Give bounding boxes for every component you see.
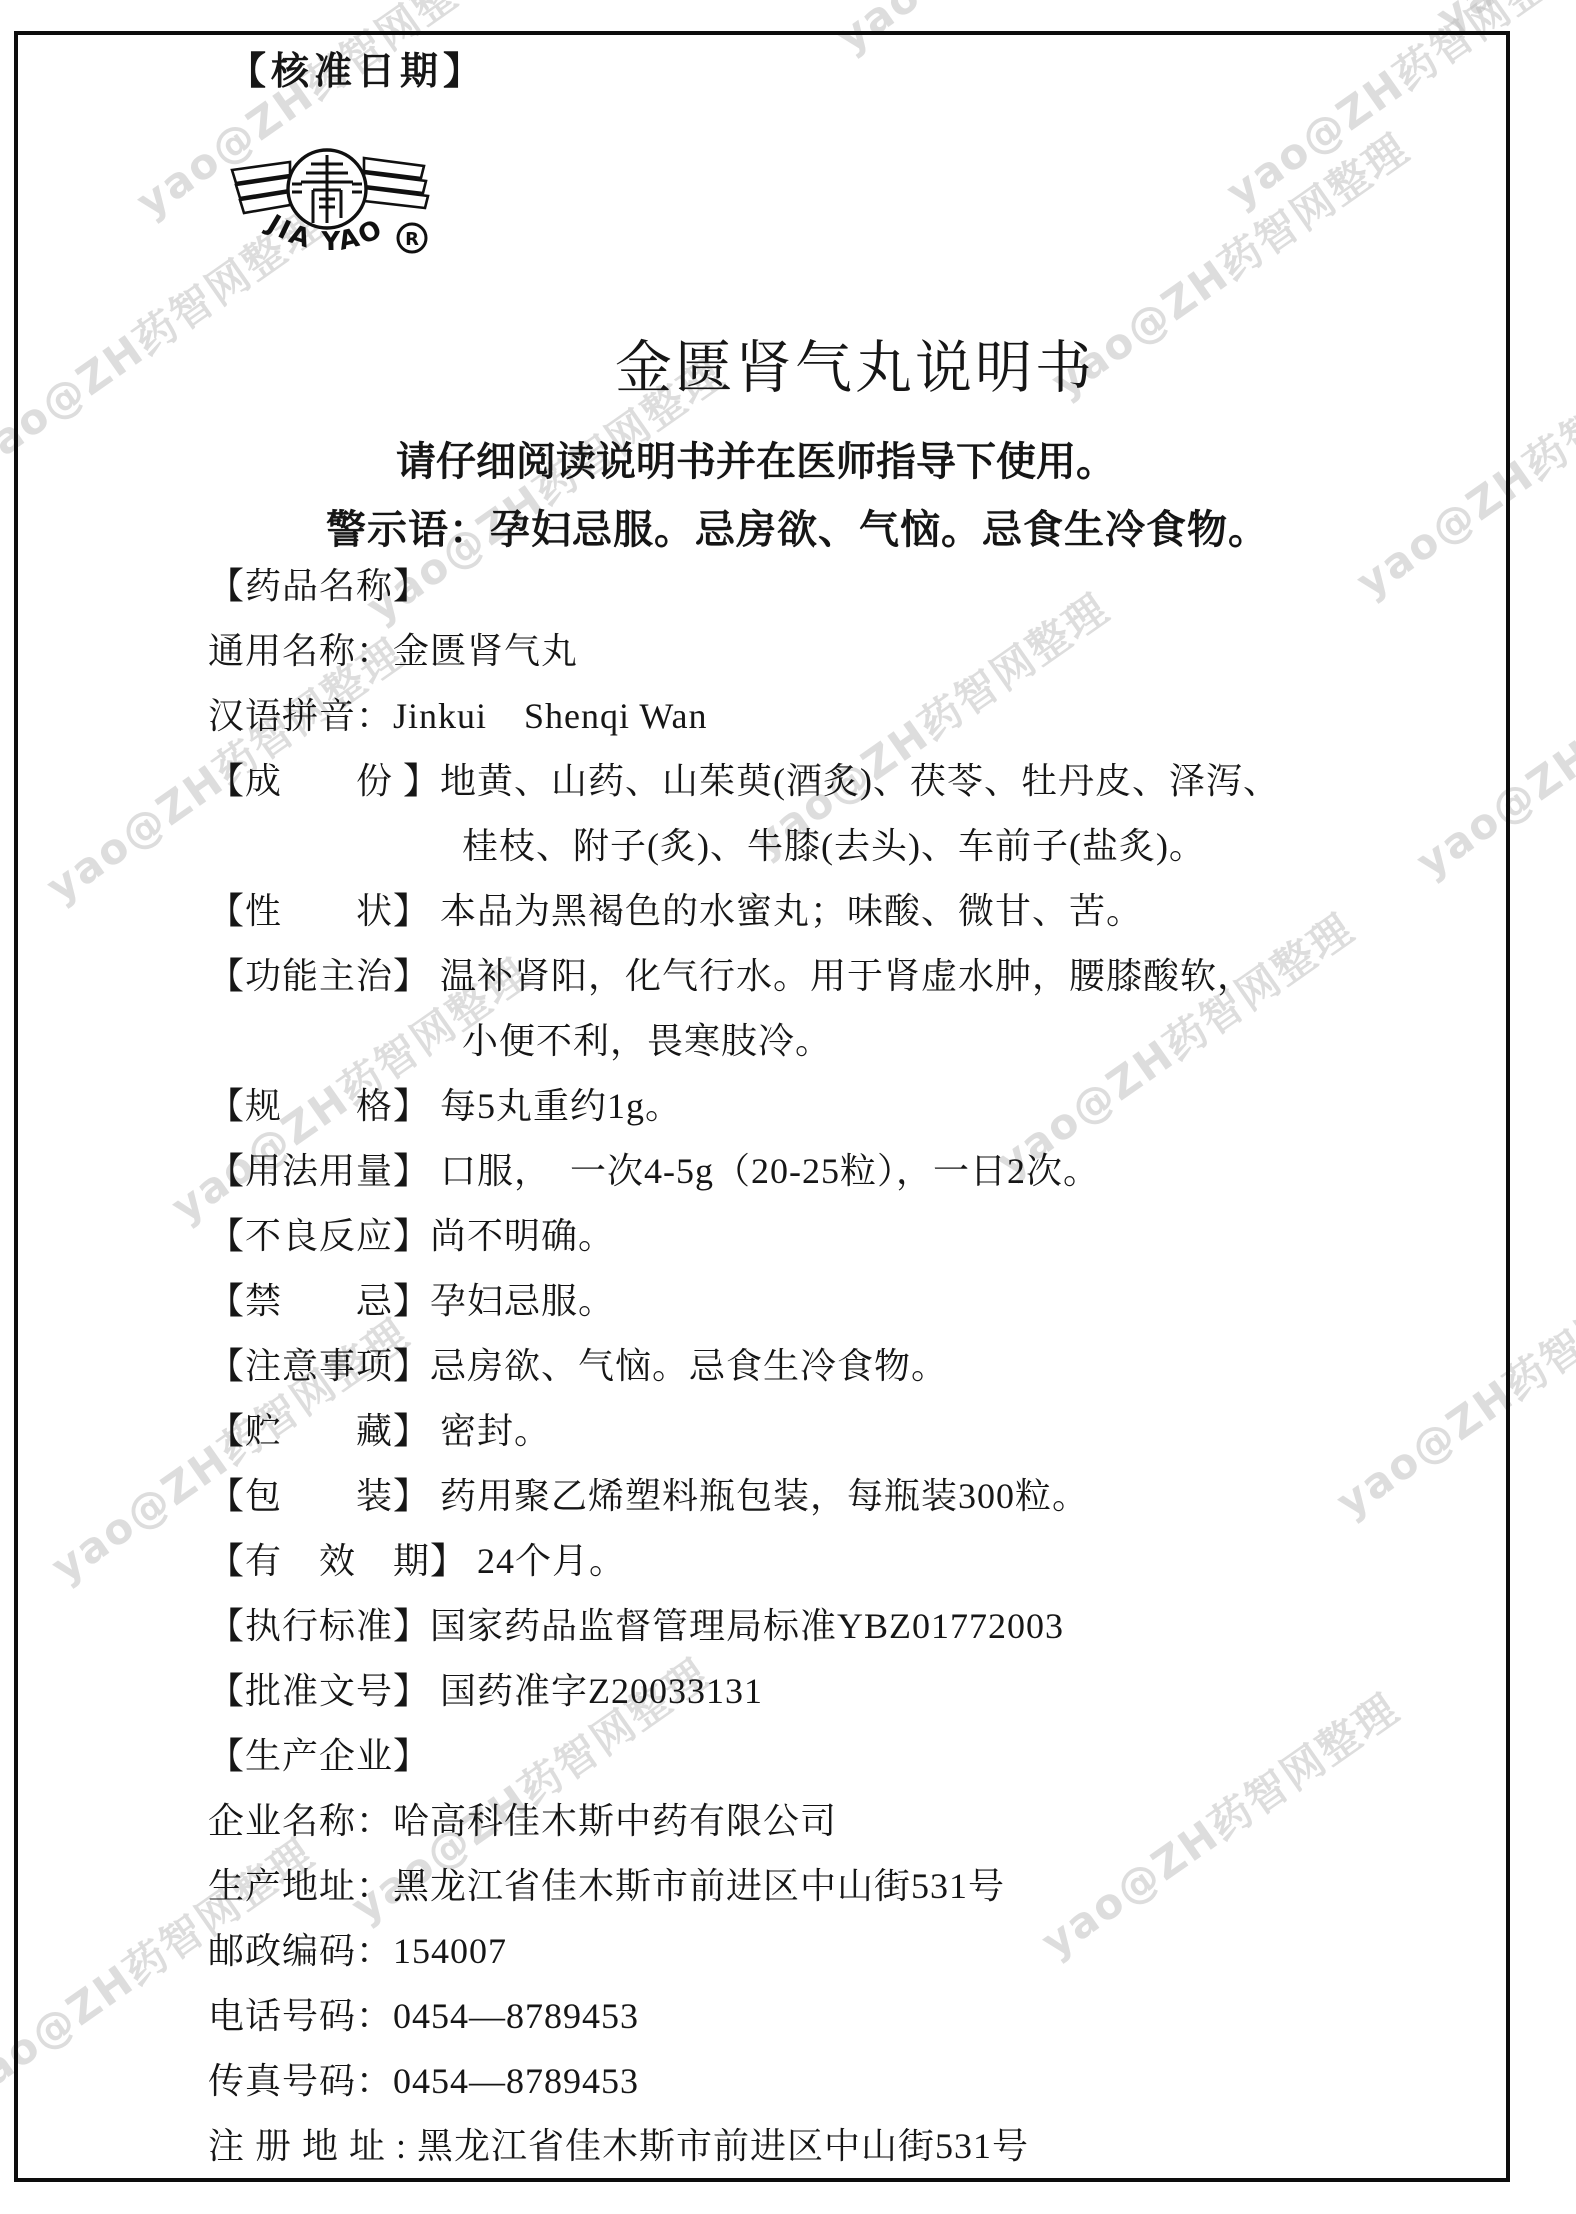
spec-rows: 【药品名称】 通用名称：金匮肾气丸 汉语拼音：Jinkui Shenqi Wan…	[208, 556, 1536, 2181]
row-generic-name: 通用名称：金匮肾气丸	[208, 621, 1536, 686]
row-shelf-life: 【有 效 期】 24个月。	[208, 1531, 1536, 1596]
usage-notice: 请仔细阅读说明书并在医师指导下使用。	[396, 430, 1116, 487]
leaflet-content: 【核准日期】 JIA YAO R 金匮肾气丸说	[0, 0, 1576, 2214]
row-fax-number: 传真号码：0454—8789453	[208, 2051, 1536, 2116]
row-drug-name-header: 【药品名称】	[208, 556, 1536, 621]
row-functions-1: 【功能主治】 温补肾阳，化气行水。用于肾虚水肿，腰膝酸软，	[208, 946, 1536, 1011]
warning-statement: 警示语：孕妇忌服。忌房欲、气恼。忌食生冷食物。	[326, 498, 1269, 555]
row-storage: 【贮 藏】 密封。	[208, 1401, 1536, 1466]
row-ingredients-2: 桂枝、附子(炙)、牛膝(去头)、车前子(盐炙)。	[208, 816, 1536, 881]
row-phone-number: 电话号码：0454—8789453	[208, 1986, 1536, 2051]
row-pinyin: 汉语拼音：Jinkui Shenqi Wan	[208, 686, 1536, 751]
row-functions-2: 小便不利，畏寒肢冷。	[208, 1011, 1536, 1076]
row-contraindications: 【禁 忌】孕妇忌服。	[208, 1271, 1536, 1336]
row-ingredients-1: 【成 份 】地黄、山药、山茱萸(酒炙)、茯苓、牡丹皮、泽泻、	[208, 751, 1536, 816]
row-postal-code: 邮政编码：154007	[208, 1921, 1536, 1986]
row-company-name: 企业名称：哈高科佳木斯中药有限公司	[208, 1791, 1536, 1856]
row-specification: 【规 格】 每5丸重约1g。	[208, 1076, 1536, 1141]
row-manufacturer-header: 【生产企业】	[208, 1726, 1536, 1791]
row-description: 【性 状】 本品为黑褐色的水蜜丸；味酸、微甘、苦。	[208, 881, 1536, 946]
registered-mark-letter: R	[405, 229, 419, 250]
document-title: 金匮肾气丸说明书	[615, 322, 1095, 404]
row-precautions: 【注意事项】忌房欲、气恼。忌食生冷食物。	[208, 1336, 1536, 1401]
row-adverse-reactions: 【不良反应】尚不明确。	[208, 1206, 1536, 1271]
brand-logo: JIA YAO R	[228, 146, 436, 274]
approval-date-label: 【核准日期】	[228, 40, 486, 95]
row-registered-address: 注 册 地 址 : 黑龙江省佳木斯市前进区中山街531号	[208, 2116, 1536, 2181]
row-production-address: 生产地址：黑龙江省佳木斯市前进区中山街531号	[208, 1856, 1536, 1921]
row-packaging: 【包 装】 药用聚乙烯塑料瓶包装，每瓶装300粒。	[208, 1466, 1536, 1531]
row-approval-number: 【批准文号】 国药准字Z20033131	[208, 1661, 1536, 1726]
row-dosage: 【用法用量】 口服， 一次4-5g（20-25粒），一日2次。	[208, 1141, 1536, 1206]
row-standard: 【执行标准】国家药品监督管理局标准YBZ01772003	[208, 1596, 1536, 1661]
